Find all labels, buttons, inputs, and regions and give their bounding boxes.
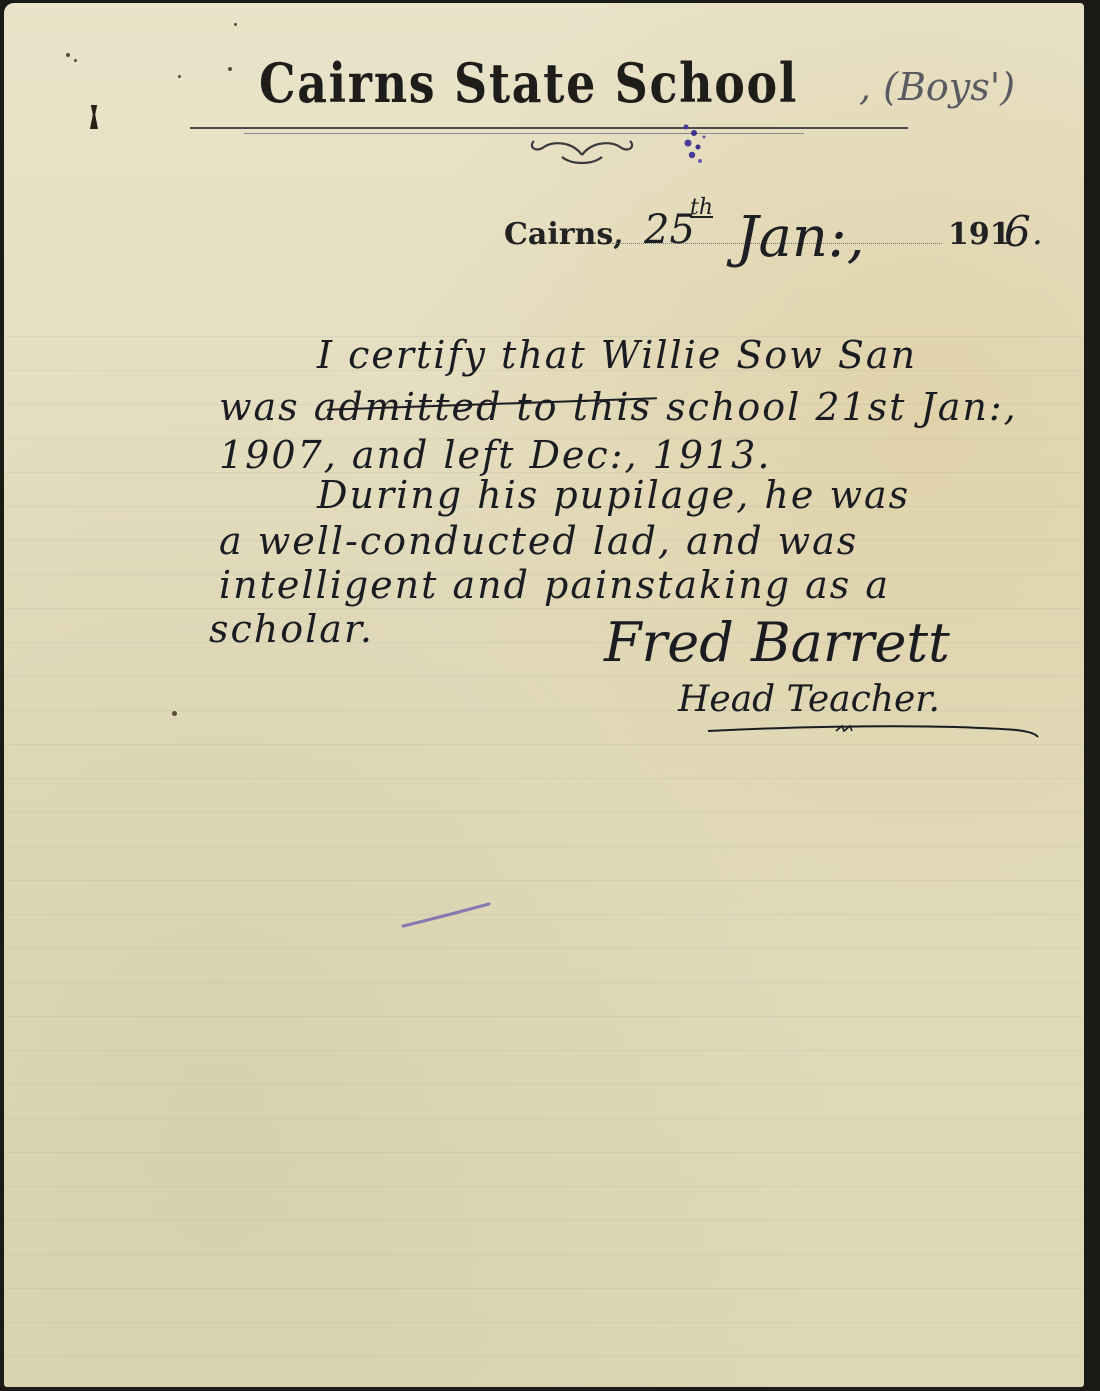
signature-name: Fred Barrett: [604, 611, 950, 674]
letterhead-rule-thin: [244, 133, 804, 134]
date-day: 25: [644, 207, 695, 253]
date-place: Cairns,: [504, 217, 624, 252]
speck: [178, 75, 181, 78]
date-year-handwritten: 6: [1004, 207, 1031, 256]
date-year-printed: 191: [948, 217, 1011, 252]
scan-edge: [1084, 0, 1100, 1391]
signature-title: Head Teacher.: [678, 679, 940, 720]
purple-pencil-mark: [399, 898, 494, 933]
speck: [228, 67, 232, 71]
body-line: a well-conducted lad, and was: [219, 519, 858, 563]
body-line: was admitted to this school 21st Jan:,: [219, 385, 1018, 429]
letterhead-title: Cairns State School: [259, 51, 798, 115]
ornament-flourish-icon: [522, 137, 642, 167]
date-line: Cairns, 25 th Jan:, 191 6 .: [504, 211, 1044, 261]
body-line: intelligent and painstaking as a: [219, 563, 890, 607]
purple-ink-stamp-mark: [676, 121, 712, 175]
handwritten-boys-note: , (Boys'): [859, 65, 1015, 109]
speck: [234, 23, 237, 26]
speck: [66, 53, 70, 57]
body-line: I certify that Willie Sow San: [317, 333, 917, 377]
letterhead-rule: [190, 127, 908, 129]
body-line: During his pupilage, he was: [317, 473, 910, 517]
signature-underline-flourish: [706, 723, 1046, 745]
body-line: 1907, and left Dec:, 1913.: [219, 433, 771, 477]
body-line: scholar.: [209, 607, 374, 651]
date-day-suffix: th: [690, 195, 713, 220]
document-page: Cairns State School , (Boys') Cairns, 25…: [4, 3, 1084, 1387]
pin-hole-mark: [90, 105, 98, 129]
date-month: Jan:,: [736, 205, 865, 270]
speck: [172, 711, 177, 716]
date-period: .: [1032, 213, 1043, 253]
speck: [74, 59, 77, 62]
